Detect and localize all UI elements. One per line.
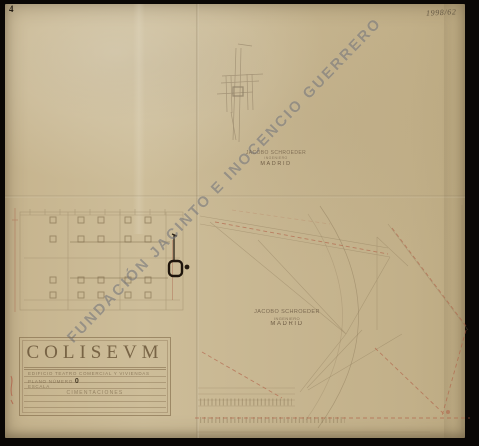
stamp-city: MADRID: [238, 161, 314, 168]
title-block-escala-line: ESCALA: [28, 384, 50, 389]
form-rule: [24, 401, 166, 402]
archive-number: 1998/62: [426, 7, 457, 18]
site-plan-drawing: [195, 205, 470, 432]
project-title: COLISEVM: [20, 342, 170, 364]
title-rule: [24, 369, 166, 370]
title-rule: [24, 367, 166, 368]
stamp-city: MADRID: [246, 321, 328, 329]
plano-number: 0: [75, 378, 80, 385]
stamp-name: JACOBO SCHROEDER: [246, 309, 328, 316]
engineer-stamp-upper: JACOBO SCHROEDER INGENIERO MADRID: [238, 150, 314, 168]
title-block: COLISEVM EDIFICIO TEATRO COMERCIAL Y VIV…: [19, 337, 171, 416]
red-margin-mark: [11, 376, 13, 404]
scanned-drawing-canvas: FUNDACIÓN JACINTO E INOCENCIO GUERRERO 1…: [0, 0, 479, 446]
detail-sketch: [217, 44, 263, 142]
corner-mark: 4: [9, 4, 14, 14]
title-block-subtitle: CIMENTACIONES: [20, 390, 170, 396]
form-rule: [24, 407, 166, 408]
title-block-line1: EDIFICIO TEATRO COMERCIAL Y VIVIENDAS: [28, 371, 150, 376]
engineer-stamp-middle: JACOBO SCHROEDER INGENIERO MADRID: [246, 309, 328, 328]
